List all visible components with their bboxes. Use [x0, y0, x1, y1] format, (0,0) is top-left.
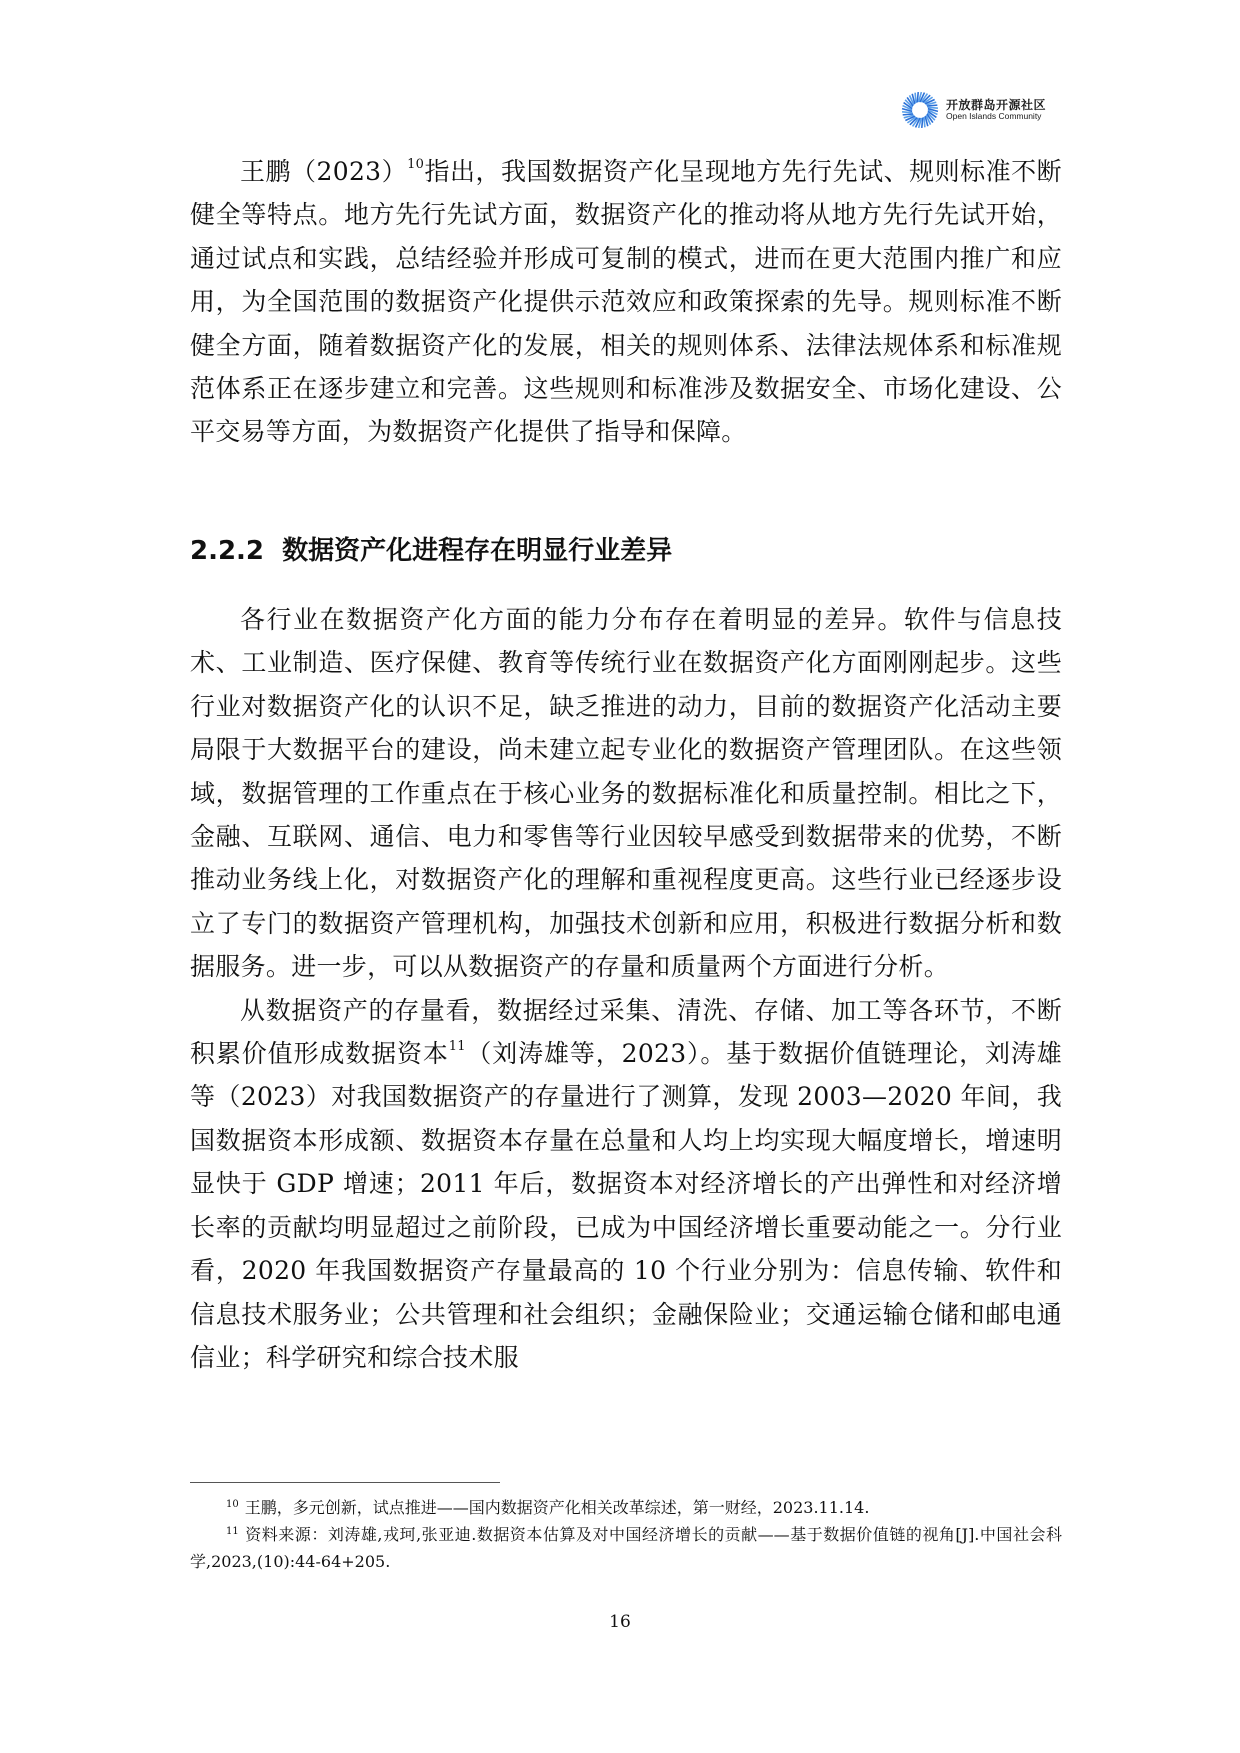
logo-chinese-name: 开放群岛开源社区 [946, 99, 1046, 112]
footnote-11: 11资料来源：刘涛雄,戎珂,张亚迪.数据资本估算及对中国经济增长的贡献——基于数… [190, 1521, 1062, 1575]
paragraph-industry-differences: 各行业在数据资产化方面的能力分布存在着明显的差异。软件与信息技术、工业制造、医疗… [190, 598, 1062, 989]
logo-text: 开放群岛开源社区 Open Islands Community [946, 99, 1046, 122]
footnote-ref-10[interactable]: 10 [407, 157, 424, 172]
section-number: 2.2.2 [190, 536, 264, 566]
footnotes: 10王鹏，多元创新，试点推进——国内数据资产化相关改革综述，第一财经，2023.… [190, 1494, 1062, 1575]
footnote-10: 10王鹏，多元创新，试点推进——国内数据资产化相关改革综述，第一财经，2023.… [190, 1494, 1062, 1521]
section-body: 各行业在数据资产化方面的能力分布存在着明显的差异。软件与信息技术、工业制造、医疗… [190, 598, 1062, 1379]
community-logo: 开放群岛开源社区 Open Islands Community [900, 88, 1080, 132]
logo-english-name: Open Islands Community [946, 112, 1046, 121]
footnote-ref-11[interactable]: 11 [449, 1039, 466, 1054]
page-number: 16 [0, 1612, 1240, 1632]
section-title: 数据资产化进程存在明显行业差异 [282, 536, 672, 566]
paragraph-data-stock: 从数据资产的存量看，数据经过采集、清洗、存储、加工等各环节，不断积累价值形成数据… [190, 989, 1062, 1380]
section-heading: 2.2.2 数据资产化进程存在明显行业差异 [190, 530, 672, 567]
sunburst-logo-icon [900, 90, 940, 130]
paragraph-wangpeng: 王鹏（2023）10指出，我国数据资产化呈现地方先行先试、规则标准不断健全等特点… [190, 150, 1062, 454]
intro-paragraphs: 王鹏（2023）10指出，我国数据资产化呈现地方先行先试、规则标准不断健全等特点… [190, 150, 1062, 454]
footnote-divider [190, 1482, 500, 1483]
